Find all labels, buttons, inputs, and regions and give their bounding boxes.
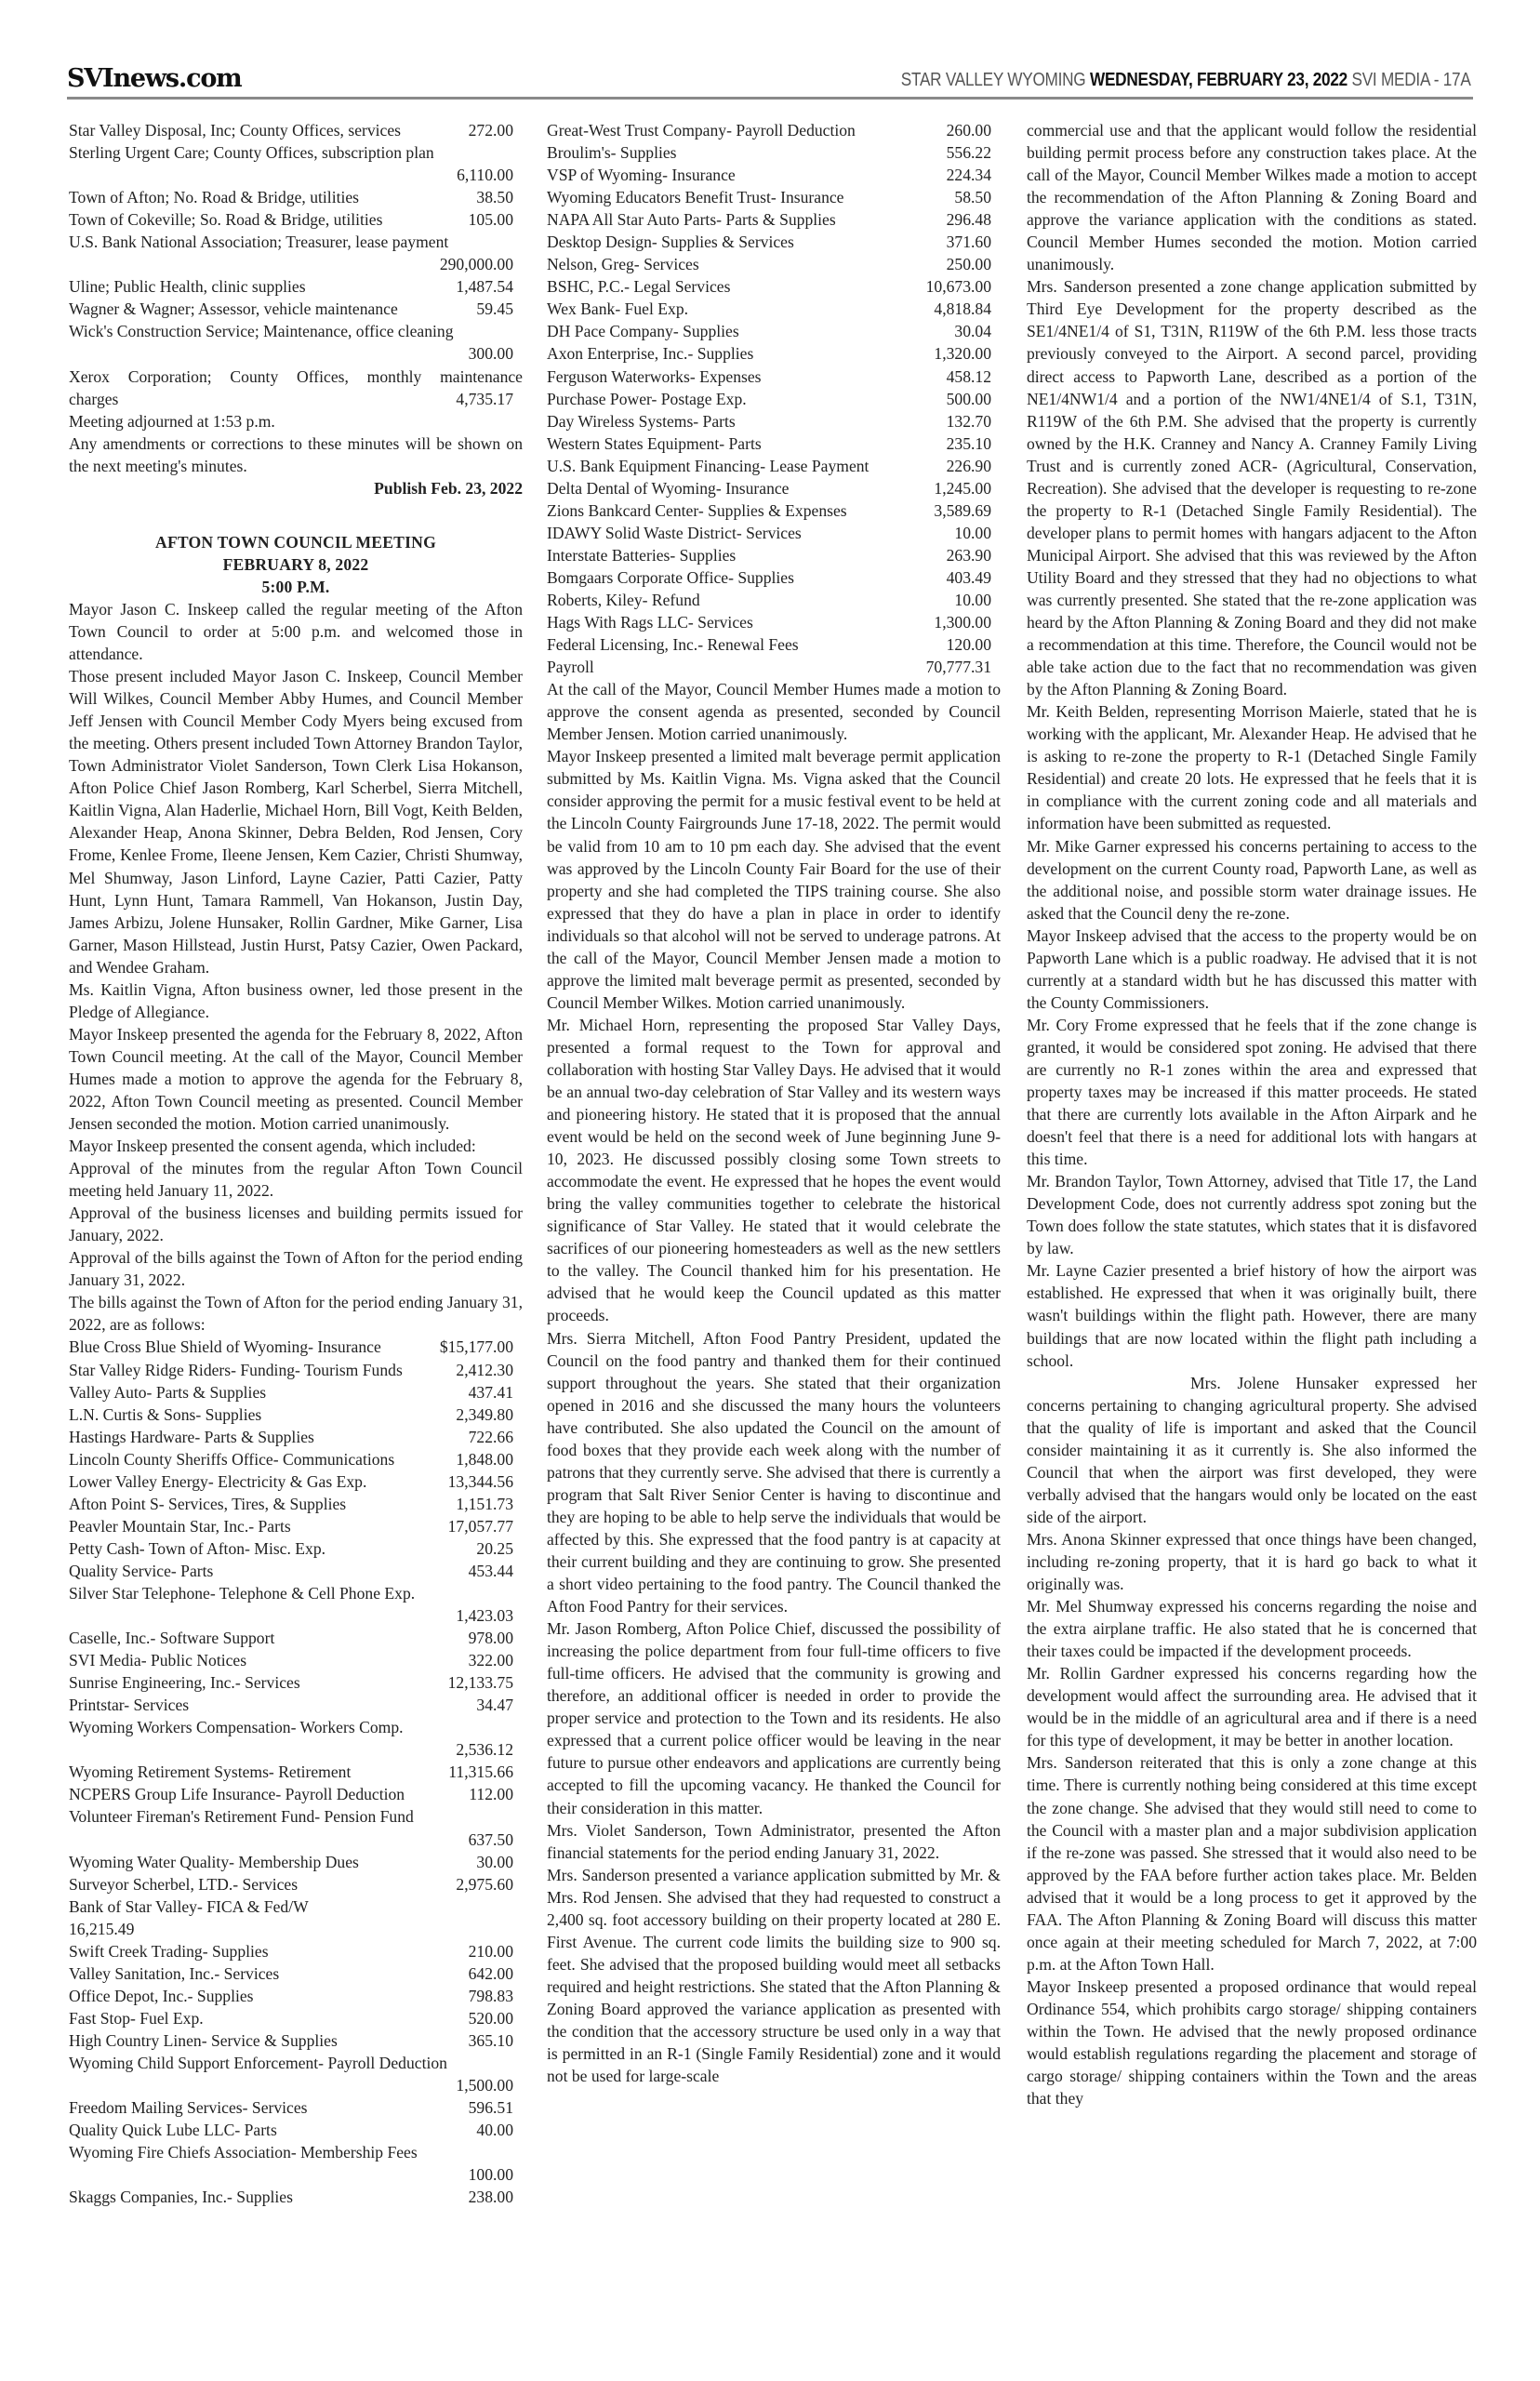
region: STAR VALLEY WYOMING — [901, 70, 1086, 90]
bill-label: Hags With Rags LLC- Services — [547, 611, 753, 633]
bill-label: Broulim's- Supplies — [547, 141, 677, 164]
bill-row: Wyoming Water Quality- Membership Dues30… — [69, 1851, 523, 1873]
bill-label: Surveyor Scherbel, LTD.- Services — [69, 1873, 298, 1895]
bill-label: Wyoming Child Support Enforcement- Payro… — [69, 2052, 523, 2074]
bill-label: Skaggs Companies, Inc.- Supplies — [69, 2186, 293, 2208]
bill-amount: 210.00 — [469, 1940, 523, 1962]
paragraph: At the call of the Mayor, Council Member… — [547, 678, 1001, 745]
bill-label: NCPERS Group Life Insurance- Payroll Ded… — [69, 1783, 405, 1805]
bill-row: Star Valley Ridge Riders- Funding- Touri… — [69, 1359, 523, 1381]
paragraph: Mr. Keith Belden, representing Morrison … — [1027, 700, 1477, 834]
bill-row: Town of Afton; No. Road & Bridge, utilit… — [69, 186, 523, 208]
bill-row: Printstar- Services34.47 — [69, 1694, 523, 1716]
bill-amount: 437.41 — [469, 1381, 523, 1403]
bill-label: Bomgaars Corporate Office- Supplies — [547, 566, 794, 589]
bill-amount: 10.00 — [954, 589, 1001, 611]
bill-amount: 4,735.17 — [456, 388, 523, 410]
bill-label: Afton Point S- Services, Tires, & Suppli… — [69, 1493, 346, 1515]
bill-row: Quality Quick Lube LLC- Parts40.00 — [69, 2119, 523, 2141]
paragraph: Those present included Mayor Jason C. In… — [69, 665, 523, 978]
bill-amount: 250.00 — [947, 253, 1001, 275]
bill-label: Star Valley Disposal, Inc; County Office… — [69, 119, 401, 141]
bill-amount: 365.10 — [469, 2029, 523, 2052]
bill-row: Peavler Mountain Star, Inc.- Parts17,057… — [69, 1515, 523, 1537]
masthead-rule — [67, 97, 1473, 100]
bill-label: U.S. Bank Equipment Financing- Lease Pay… — [547, 455, 869, 477]
bill-row: BSHC, P.C.- Legal Services10,673.00 — [547, 275, 1001, 298]
bill-row: Caselle, Inc.- Software Support978.00 — [69, 1627, 523, 1649]
bill-amount: 59.45 — [476, 298, 523, 320]
column-3-paragraphs: commercial use and that the applicant wo… — [1027, 119, 1477, 2109]
bill-label: U.S. Bank National Association; Treasure… — [69, 231, 523, 253]
paragraph: Mr. Mike Garner expressed his concerns p… — [1027, 835, 1477, 924]
bill-amount: 20.25 — [476, 1537, 523, 1560]
bill-row: L.N. Curtis & Sons- Supplies2,349.80 — [69, 1403, 523, 1426]
bill-amount: 1,487.54 — [456, 275, 523, 298]
bill-amount: 1,300.00 — [934, 611, 1001, 633]
bill-label: Quality Quick Lube LLC- Parts — [69, 2119, 277, 2141]
bill-label: High Country Linen- Service & Supplies — [69, 2029, 338, 2052]
bill-row: Swift Creek Trading- Supplies210.00 — [69, 1940, 523, 1962]
bill-row: Afton Point S- Services, Tires, & Suppli… — [69, 1493, 523, 1515]
bill-label: Town of Cokeville; So. Road & Bridge, ut… — [69, 208, 382, 231]
bill-amount: 272.00 — [469, 119, 523, 141]
spacer — [69, 499, 523, 531]
bill-amount: 30.00 — [476, 1851, 523, 1873]
bill-label: Purchase Power- Postage Exp. — [547, 388, 747, 410]
paragraph: Mayor Inskeep presented a proposed ordin… — [1027, 1975, 1477, 2109]
bill-amount: 722.66 — [469, 1426, 523, 1448]
bill-label: Valley Sanitation, Inc.- Services — [69, 1962, 279, 1985]
bill-label: BSHC, P.C.- Legal Services — [547, 275, 730, 298]
meeting-title: AFTON TOWN COUNCIL MEETING — [69, 531, 523, 553]
bill-row: Western States Equipment- Parts235.10 — [547, 432, 1001, 455]
bill-amount: 296.48 — [947, 208, 1001, 231]
bill-amount: 13,344.56 — [448, 1470, 523, 1493]
bill-amount: 40.00 — [476, 2119, 523, 2141]
paragraph: Mayor Inskeep advised that the access to… — [1027, 924, 1477, 1014]
bill-label: Interstate Batteries- Supplies — [547, 544, 736, 566]
bill-label: Western States Equipment- Parts — [547, 432, 762, 455]
bill-row: Desktop Design- Supplies & Services371.6… — [547, 231, 1001, 253]
bill-row: Roberts, Kiley- Refund10.00 — [547, 589, 1001, 611]
bill-row: Lincoln County Sheriffs Office- Communic… — [69, 1448, 523, 1470]
bill-amount: 1,320.00 — [934, 342, 1001, 365]
bill-amount: 596.51 — [469, 2096, 523, 2119]
bill-label: Wagner & Wagner; Assessor, vehicle maint… — [69, 298, 398, 320]
dateline: STAR VALLEY WYOMING WEDNESDAY, FEBRUARY … — [901, 69, 1471, 91]
bill-amount: 978.00 — [469, 1627, 523, 1649]
bill-amount: 4,818.84 — [934, 298, 1001, 320]
bill-label: Axon Enterprise, Inc.- Supplies — [547, 342, 753, 365]
paragraph: Mrs. Sierra Mitchell, Afton Food Pantry … — [547, 1327, 1001, 1618]
bill-row: Hastings Hardware- Parts & Supplies722.6… — [69, 1426, 523, 1448]
section-page: SVI MEDIA - 17A — [1352, 70, 1471, 90]
issue-date: WEDNESDAY, FEBRUARY 23, 2022 — [1090, 70, 1347, 90]
bill-amount: 556.22 — [947, 141, 1001, 164]
bill-row: Uline; Public Health, clinic supplies1,4… — [69, 275, 523, 298]
bill-amount: 70,777.31 — [926, 656, 1001, 678]
paragraph: Mrs. Sanderson presented a variance appl… — [547, 1864, 1001, 2087]
bill-amount: 10,673.00 — [926, 275, 1001, 298]
bill-row: Great-West Trust Company- Payroll Deduct… — [547, 119, 1001, 141]
bill-label: Desktop Design- Supplies & Services — [547, 231, 794, 253]
bill-label: Nelson, Greg- Services — [547, 253, 699, 275]
bill-label: Blue Cross Blue Shield of Wyoming- Insur… — [69, 1336, 381, 1358]
bill-amount: 520.00 — [469, 2007, 523, 2029]
bill-amount: 112.00 — [469, 1783, 523, 1805]
bill-row: Delta Dental of Wyoming- Insurance1,245.… — [547, 477, 1001, 499]
bill-row: Fast Stop- Fuel Exp.520.00 — [69, 2007, 523, 2029]
bill-amount: 120.00 — [947, 633, 1001, 656]
bill-amount: 17,057.77 — [448, 1515, 523, 1537]
bill-amount: 30.04 — [954, 320, 1001, 342]
bill-label: Fast Stop- Fuel Exp. — [69, 2007, 204, 2029]
bill-amount: 1,500.00 — [69, 2074, 523, 2096]
bill-row: High Country Linen- Service & Supplies36… — [69, 2029, 523, 2052]
bill-label: L.N. Curtis & Sons- Supplies — [69, 1403, 261, 1426]
bill-amount: 263.90 — [947, 544, 1001, 566]
paragraph: Mr. Mel Shumway expressed his concerns r… — [1027, 1595, 1477, 1662]
bill-amount: 2,349.80 — [456, 1403, 523, 1426]
bill-amount: 16,215.49 — [69, 1918, 523, 1940]
bill-row: Skaggs Companies, Inc.- Supplies238.00 — [69, 2186, 523, 2208]
bill-row: Star Valley Disposal, Inc; County Office… — [69, 119, 523, 141]
bill-amount: 260.00 — [947, 119, 1001, 141]
bill-row: Payroll70,777.31 — [547, 656, 1001, 678]
bill-label: Wyoming Workers Compensation- Workers Co… — [69, 1716, 523, 1738]
paragraph: Mr. Jason Romberg, Afton Police Chief, d… — [547, 1617, 1001, 1818]
bill-amount: 371.60 — [947, 231, 1001, 253]
bill-amount: 100.00 — [69, 2163, 523, 2186]
bill-amount: 105.00 — [469, 208, 523, 231]
xerox-amount-row: charges 4,735.17 — [69, 388, 523, 410]
bill-label: Star Valley Ridge Riders- Funding- Touri… — [69, 1359, 403, 1381]
bill-row: SVI Media- Public Notices322.00 — [69, 1649, 523, 1671]
bill-label: Petty Cash- Town of Afton- Misc. Exp. — [69, 1537, 325, 1560]
paragraph: Mrs. Anona Skinner expressed that once t… — [1027, 1528, 1477, 1595]
bill-amount: 226.90 — [947, 455, 1001, 477]
bill-label: Hastings Hardware- Parts & Supplies — [69, 1426, 314, 1448]
paragraph: Mayor Jason C. Inskeep called the regula… — [69, 598, 523, 665]
bill-amount: 500.00 — [947, 388, 1001, 410]
bill-row: Federal Licensing, Inc.- Renewal Fees120… — [547, 633, 1001, 656]
bill-label: Silver Star Telephone- Telephone & Cell … — [69, 1582, 523, 1604]
bill-row: Broulim's- Supplies556.22 — [547, 141, 1001, 164]
bill-label: Sterling Urgent Care; County Offices, su… — [69, 141, 523, 164]
bill-row: Purchase Power- Postage Exp.500.00 — [547, 388, 1001, 410]
site-name[interactable]: SVInews.com — [67, 65, 242, 93]
bill-row: Valley Sanitation, Inc.- Services642.00 — [69, 1962, 523, 1985]
bill-amount: 238.00 — [469, 2186, 523, 2208]
paragraph: Mr. Cory Frome expressed that he feels t… — [1027, 1014, 1477, 1170]
bill-row: Office Depot, Inc.- Supplies798.83 — [69, 1985, 523, 2007]
bill-row: Sunrise Engineering, Inc.- Services12,13… — [69, 1671, 523, 1694]
column-2-paragraphs: At the call of the Mayor, Council Member… — [547, 678, 1001, 2087]
bill-label: VSP of Wyoming- Insurance — [547, 164, 736, 186]
bill-row: Valley Auto- Parts & Supplies437.41 — [69, 1381, 523, 1403]
bill-label: IDAWY Solid Waste District- Services — [547, 522, 802, 544]
bill-row: Wagner & Wagner; Assessor, vehicle maint… — [69, 298, 523, 320]
paragraph: Mr. Layne Cazier presented a brief histo… — [1027, 1259, 1477, 1371]
bill-row: Surveyor Scherbel, LTD.- Services2,975.6… — [69, 1873, 523, 1895]
bill-row: Blue Cross Blue Shield of Wyoming- Insur… — [69, 1336, 523, 1358]
bill-label: Roberts, Kiley- Refund — [547, 589, 700, 611]
column-2: Great-West Trust Company- Payroll Deduct… — [547, 119, 1001, 2087]
paragraph: Approval of the bills against the Town o… — [69, 1246, 523, 1291]
bill-label: Lincoln County Sheriffs Office- Communic… — [69, 1448, 394, 1470]
bill-label: Delta Dental of Wyoming- Insurance — [547, 477, 789, 499]
paragraph: Mrs. Violet Sanderson, Town Administrato… — [547, 1819, 1001, 1864]
paragraph: Mr. Michael Horn, representing the propo… — [547, 1014, 1001, 1327]
bill-row: Nelson, Greg- Services250.00 — [547, 253, 1001, 275]
paragraph: Mr. Brandon Taylor, Town Attorney, advis… — [1027, 1170, 1477, 1259]
paragraph: Mayor Inskeep presented a limited malt b… — [547, 745, 1001, 1014]
bill-row: Wyoming Retirement Systems- Retirement11… — [69, 1761, 523, 1783]
bill-label: Ferguson Waterworks- Expenses — [547, 366, 762, 388]
bill-amount: 11,315.66 — [448, 1761, 523, 1783]
bill-amount: 6,110.00 — [69, 164, 523, 186]
bill-row: Petty Cash- Town of Afton- Misc. Exp.20.… — [69, 1537, 523, 1560]
bill-amount: 34.47 — [476, 1694, 523, 1716]
amendments-note: Any amendments or corrections to these m… — [69, 432, 523, 477]
bill-label: Wyoming Water Quality- Membership Dues — [69, 1851, 359, 1873]
paragraph: Mrs. Sanderson presented a zone change a… — [1027, 275, 1477, 700]
town-bills-list-1: Blue Cross Blue Shield of Wyoming- Insur… — [69, 1336, 523, 2208]
bill-row: Axon Enterprise, Inc.- Supplies1,320.00 — [547, 342, 1001, 365]
bill-label: Wyoming Fire Chiefs Association- Members… — [69, 2141, 523, 2163]
column-3: commercial use and that the applicant wo… — [1027, 119, 1477, 2109]
bill-label: Caselle, Inc.- Software Support — [69, 1627, 274, 1649]
paragraph: Mrs. Sanderson reiterated that this is o… — [1027, 1751, 1477, 1975]
bill-row: Zions Bankcard Center- Supplies & Expens… — [547, 499, 1001, 522]
meeting-time: 5:00 P.M. — [69, 576, 523, 598]
bill-row: DH Pace Company- Supplies30.04 — [547, 320, 1001, 342]
bill-amount: 235.10 — [947, 432, 1001, 455]
bill-amount: 637.50 — [69, 1829, 523, 1851]
bill-row: Town of Cokeville; So. Road & Bridge, ut… — [69, 208, 523, 231]
bill-label: Great-West Trust Company- Payroll Deduct… — [547, 119, 856, 141]
bill-amount: $15,177.00 — [440, 1336, 523, 1358]
bill-amount: 453.44 — [469, 1560, 523, 1582]
xerox-line: Xerox Corporation; County Offices, month… — [69, 366, 523, 388]
paragraph: Approval of the minutes from the regular… — [69, 1157, 523, 1202]
paragraph: Approval of the business licenses and bu… — [69, 1202, 523, 1246]
bill-label: DH Pace Company- Supplies — [547, 320, 739, 342]
bill-label: Payroll — [547, 656, 594, 678]
paragraph: Mrs. Jolene Hunsaker expressed her conce… — [1027, 1372, 1477, 1528]
bill-amount: 1,423.03 — [69, 1604, 523, 1627]
bill-row: Day Wireless Systems- Parts132.70 — [547, 410, 1001, 432]
bill-amount: 2,536.12 — [69, 1738, 523, 1761]
bill-label: Swift Creek Trading- Supplies — [69, 1940, 269, 1962]
bill-label: Volunteer Fireman's Retirement Fund- Pen… — [69, 1805, 523, 1828]
bill-amount: 3,589.69 — [934, 499, 1001, 522]
meeting-date: FEBRUARY 8, 2022 — [69, 553, 523, 576]
bill-row: Quality Service- Parts453.44 — [69, 1560, 523, 1582]
bill-amount: 322.00 — [469, 1649, 523, 1671]
bill-label: Lower Valley Energy- Electricity & Gas E… — [69, 1470, 366, 1493]
bill-amount: 38.50 — [476, 186, 523, 208]
bill-label: Day Wireless Systems- Parts — [547, 410, 736, 432]
bill-row: Wyoming Educators Benefit Trust- Insuran… — [547, 186, 1001, 208]
bill-label: Valley Auto- Parts & Supplies — [69, 1381, 266, 1403]
bill-row: Lower Valley Energy- Electricity & Gas E… — [69, 1470, 523, 1493]
bill-amount: 224.34 — [947, 164, 1001, 186]
bill-label: charges — [69, 388, 118, 410]
bill-label: Uline; Public Health, clinic supplies — [69, 275, 306, 298]
bill-row: Bomgaars Corporate Office- Supplies403.4… — [547, 566, 1001, 589]
bill-label: Freedom Mailing Services- Services — [69, 2096, 308, 2119]
publish-date: Publish Feb. 23, 2022 — [69, 477, 523, 499]
bill-amount: 132.70 — [947, 410, 1001, 432]
bill-amount: 458.12 — [947, 366, 1001, 388]
bill-label: Quality Service- Parts — [69, 1560, 213, 1582]
bill-row: Hags With Rags LLC- Services1,300.00 — [547, 611, 1001, 633]
paragraph: Mayor Inskeep presented the consent agen… — [69, 1135, 523, 1157]
adjourned-note: Meeting adjourned at 1:53 p.m. — [69, 410, 523, 432]
bill-amount: 10.00 — [954, 522, 1001, 544]
bill-label: Peavler Mountain Star, Inc.- Parts — [69, 1515, 291, 1537]
bill-row: IDAWY Solid Waste District- Services10.0… — [547, 522, 1001, 544]
bill-amount: 1,245.00 — [934, 477, 1001, 499]
bill-label: Zions Bankcard Center- Supplies & Expens… — [547, 499, 847, 522]
paragraph: The bills against the Town of Afton for … — [69, 1291, 523, 1336]
bill-row: Wex Bank- Fuel Exp.4,818.84 — [547, 298, 1001, 320]
bill-label: Federal Licensing, Inc.- Renewal Fees — [547, 633, 799, 656]
bill-row: Freedom Mailing Services- Services596.51 — [69, 2096, 523, 2119]
bill-row: Interstate Batteries- Supplies263.90 — [547, 544, 1001, 566]
bill-amount: 1,848.00 — [456, 1448, 523, 1470]
bill-label: Office Depot, Inc.- Supplies — [69, 1985, 254, 2007]
bill-amount: 403.49 — [947, 566, 1001, 589]
bill-row: Ferguson Waterworks- Expenses458.12 — [547, 366, 1001, 388]
bill-label: Wyoming Retirement Systems- Retirement — [69, 1761, 351, 1783]
bill-label: SVI Media- Public Notices — [69, 1649, 246, 1671]
meeting-paragraphs: Mayor Jason C. Inskeep called the regula… — [69, 598, 523, 1337]
bill-label: Bank of Star Valley- FICA & Fed/W — [69, 1895, 523, 1918]
paragraph: Mr. Rollin Gardner expressed his concern… — [1027, 1662, 1477, 1751]
bill-label: Wick's Construction Service; Maintenance… — [69, 320, 523, 342]
bill-row: NCPERS Group Life Insurance- Payroll Ded… — [69, 1783, 523, 1805]
town-bills-list-2: Great-West Trust Company- Payroll Deduct… — [547, 119, 1001, 678]
bill-amount: 12,133.75 — [448, 1671, 523, 1694]
column-1: Star Valley Disposal, Inc; County Office… — [69, 119, 523, 2208]
bill-label: Town of Afton; No. Road & Bridge, utilit… — [69, 186, 359, 208]
bill-amount: 2,412.30 — [456, 1359, 523, 1381]
paragraph: Ms. Kaitlin Vigna, Afton business owner,… — [69, 978, 523, 1023]
bill-row: NAPA All Star Auto Parts- Parts & Suppli… — [547, 208, 1001, 231]
county-bills-list: Star Valley Disposal, Inc; County Office… — [69, 119, 523, 366]
bill-label: NAPA All Star Auto Parts- Parts & Suppli… — [547, 208, 836, 231]
bill-label: Wex Bank- Fuel Exp. — [547, 298, 688, 320]
bill-amount: 300.00 — [69, 342, 523, 365]
bill-amount: 798.83 — [469, 1985, 523, 2007]
bill-amount: 642.00 — [469, 1962, 523, 1985]
bill-label: Sunrise Engineering, Inc.- Services — [69, 1671, 300, 1694]
bill-label: Wyoming Educators Benefit Trust- Insuran… — [547, 186, 843, 208]
paragraph: Mayor Inskeep presented the agenda for t… — [69, 1023, 523, 1135]
bill-row: U.S. Bank Equipment Financing- Lease Pay… — [547, 455, 1001, 477]
bill-amount: 1,151.73 — [456, 1493, 523, 1515]
paragraph: commercial use and that the applicant wo… — [1027, 119, 1477, 275]
bill-label: Printstar- Services — [69, 1694, 189, 1716]
bill-row: VSP of Wyoming- Insurance224.34 — [547, 164, 1001, 186]
bill-amount: 58.50 — [954, 186, 1001, 208]
masthead: SVInews.com STAR VALLEY WYOMING WEDNESDA… — [67, 65, 1471, 93]
bill-amount: 2,975.60 — [456, 1873, 523, 1895]
bill-amount: 290,000.00 — [69, 253, 523, 275]
